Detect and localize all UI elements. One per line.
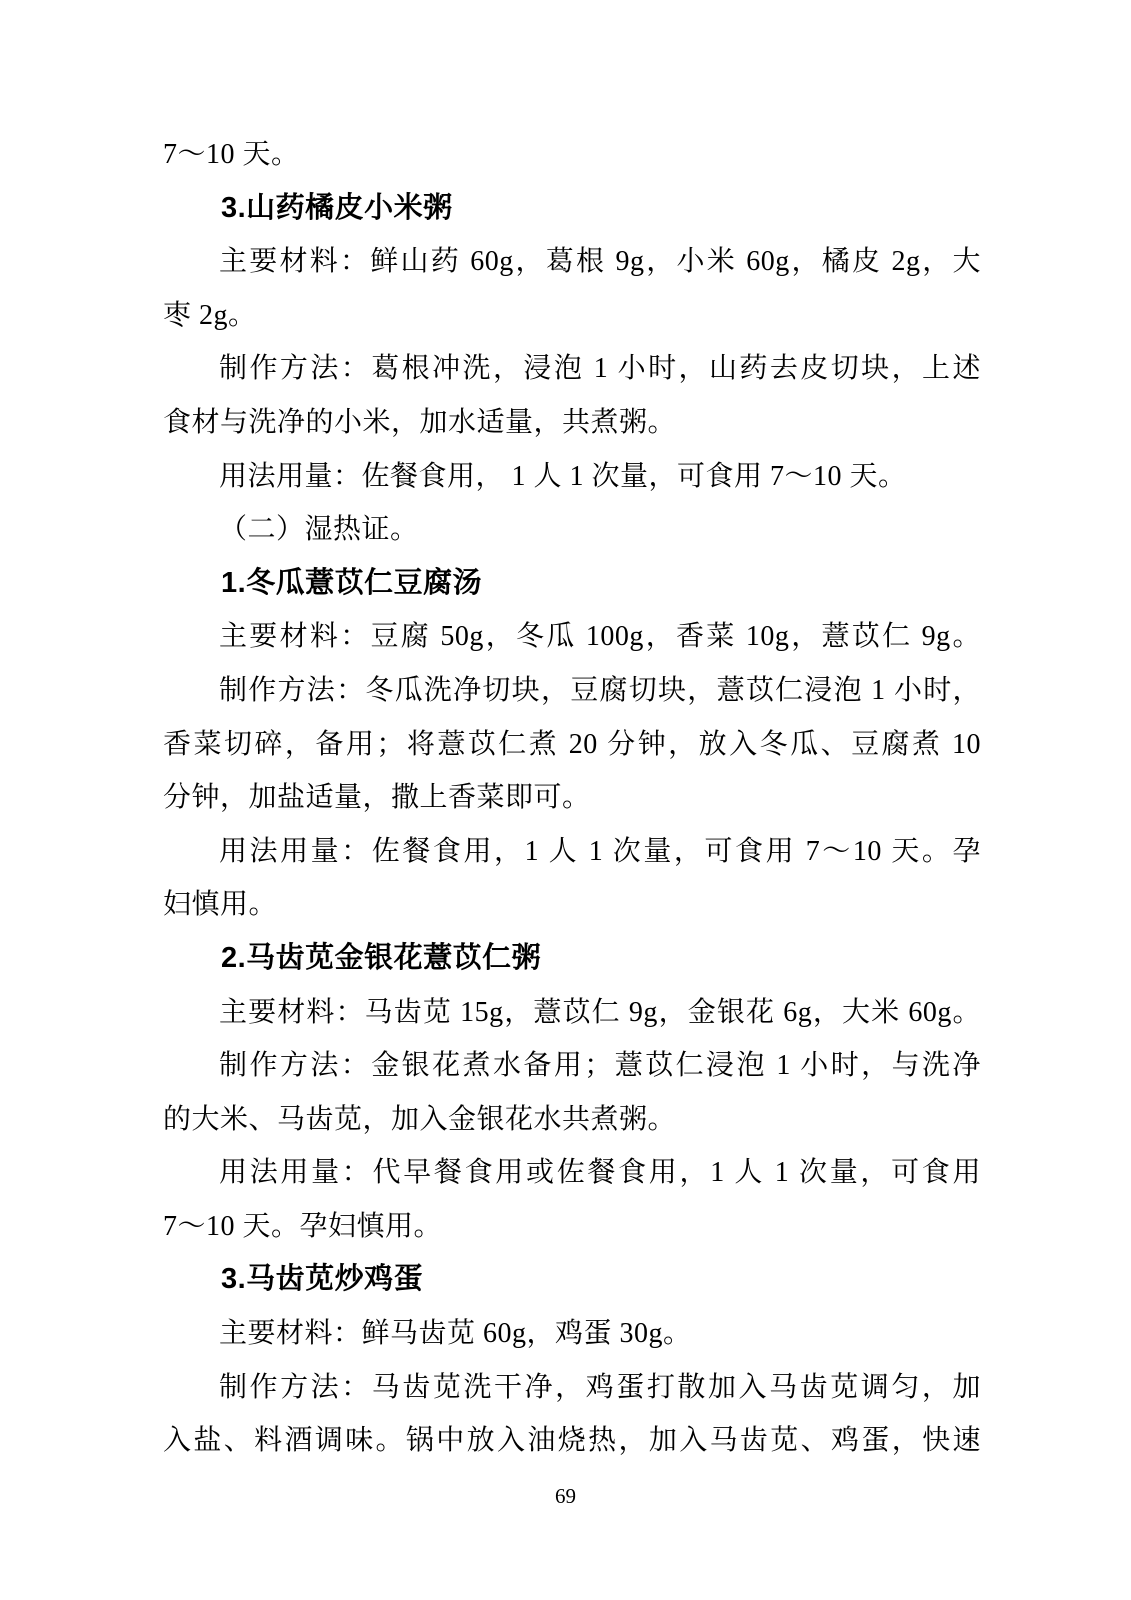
text-line: 分钟，加盐适量，撒上香菜即可。 [163, 771, 981, 825]
text-line: 用法用量：代早餐食用或佐餐食用，1 人 1 次量，可食用 [163, 1146, 981, 1200]
recipe-heading: 3.马齿苋炒鸡蛋 [163, 1253, 981, 1307]
text-line: 入盐、料酒调味。锅中放入油烧热，加入马齿苋、鸡蛋，快速 [163, 1414, 981, 1468]
text-line: （二）湿热证。 [163, 503, 981, 557]
text-line: 香菜切碎，备用；将薏苡仁煮 20 分钟，放入冬瓜、豆腐煮 10 [163, 718, 981, 772]
recipe-heading: 3.山药橘皮小米粥 [163, 182, 981, 236]
document-page: 7～10 天。3.山药橘皮小米粥主要材料：鲜山药 60g，葛根 9g，小米 60… [0, 0, 1131, 1600]
text-line: 制作方法：金银花煮水备用；薏苡仁浸泡 1 小时，与洗净 [163, 1039, 981, 1093]
text-line: 用法用量：佐餐食用， 1 人 1 次量，可食用 7～10 天。 [163, 450, 981, 504]
text-line: 制作方法：马齿苋洗干净，鸡蛋打散加入马齿苋调匀，加 [163, 1361, 981, 1415]
text-line: 主要材料：豆腐 50g，冬瓜 100g，香菜 10g，薏苡仁 9g。 [163, 610, 981, 664]
text-line: 7～10 天。孕妇慎用。 [163, 1200, 981, 1254]
text-line: 7～10 天。 [163, 128, 981, 182]
text-line: 用法用量：佐餐食用，1 人 1 次量，可食用 7～10 天。孕 [163, 825, 981, 879]
text-line: 制作方法：冬瓜洗净切块，豆腐切块，薏苡仁浸泡 1 小时， [163, 664, 981, 718]
text-line: 的大米、马齿苋，加入金银花水共煮粥。 [163, 1093, 981, 1147]
recipe-heading: 2.马齿苋金银花薏苡仁粥 [163, 932, 981, 986]
page-number: 69 [0, 1484, 1131, 1509]
text-line: 枣 2g。 [163, 289, 981, 343]
text-line: 主要材料：马齿苋 15g，薏苡仁 9g，金银花 6g，大米 60g。 [163, 986, 981, 1040]
text-line: 妇慎用。 [163, 878, 981, 932]
text-line: 食材与洗净的小米，加水适量，共煮粥。 [163, 396, 981, 450]
text-line: 制作方法：葛根冲洗，浸泡 1 小时，山药去皮切块，上述 [163, 342, 981, 396]
recipe-heading: 1.冬瓜薏苡仁豆腐汤 [163, 557, 981, 611]
text-line: 主要材料：鲜马齿苋 60g，鸡蛋 30g。 [163, 1307, 981, 1361]
document-body: 7～10 天。3.山药橘皮小米粥主要材料：鲜山药 60g，葛根 9g，小米 60… [163, 128, 981, 1468]
text-line: 主要材料：鲜山药 60g，葛根 9g，小米 60g，橘皮 2g，大 [163, 235, 981, 289]
